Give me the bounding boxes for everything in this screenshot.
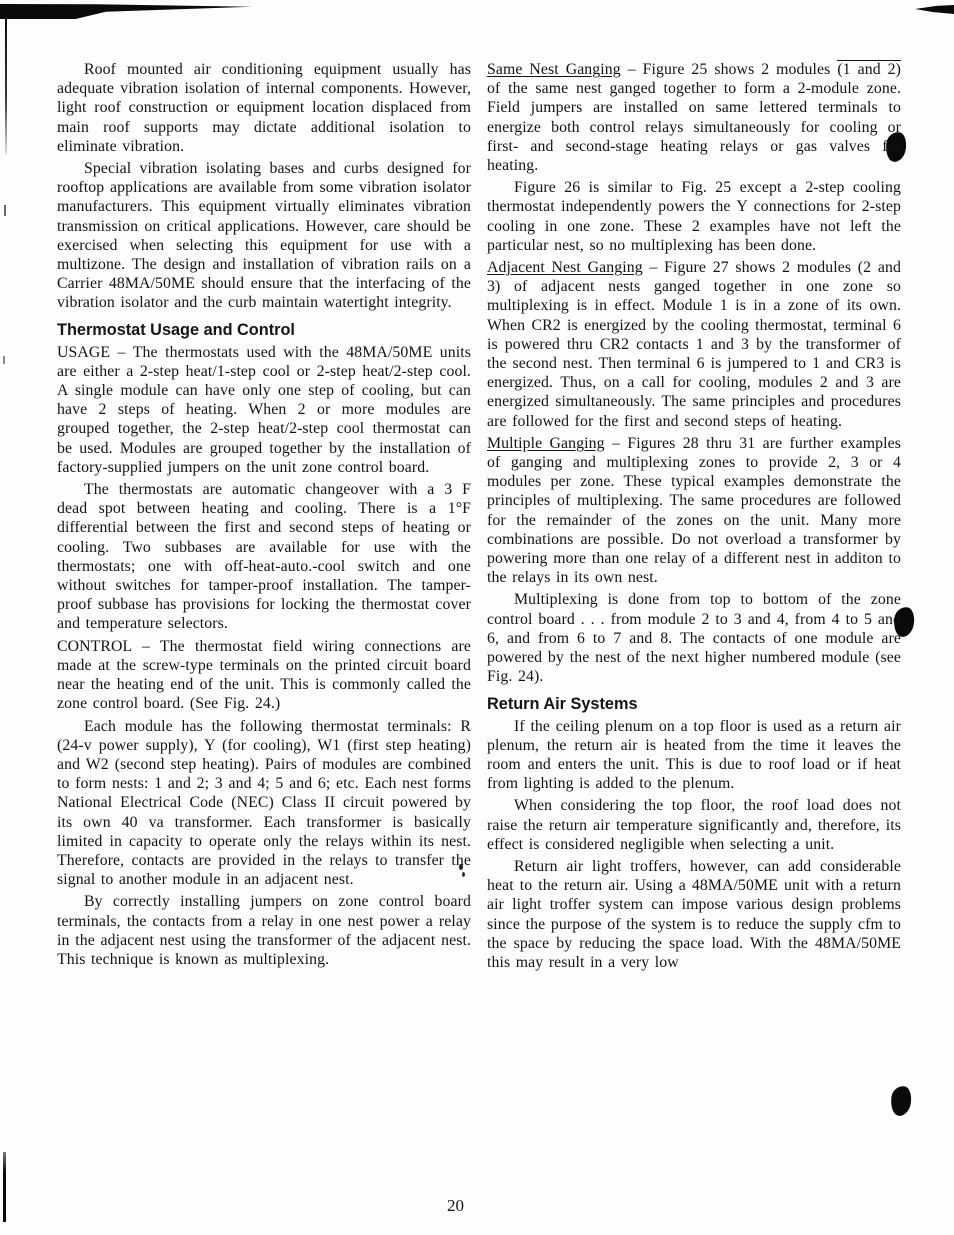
scanned-manual-page: Roof mounted air conditioning equipment … xyxy=(0,0,954,1235)
text-segment: Each module has the following thermostat… xyxy=(57,718,471,889)
text-segment: By correctly installing jumpers on zone … xyxy=(57,893,471,968)
paragraph: Roof mounted air conditioning equipment … xyxy=(57,60,471,156)
paragraph: Adjacent Nest Ganging – Figure 27 shows … xyxy=(487,258,901,431)
text-segment: USAGE – The thermostats used with the 48… xyxy=(57,344,471,476)
overlined-text: (1 and 2) xyxy=(837,60,901,78)
text-segment: When considering the top floor, the roof… xyxy=(487,797,901,852)
scan-artifact-top-left-wedge xyxy=(0,4,252,19)
left-column: Roof mounted air conditioning equipment … xyxy=(57,60,471,975)
paragraph: By correctly installing jumpers on zone … xyxy=(57,892,471,969)
section-heading: Return Air Systems xyxy=(487,694,901,714)
right-column: Same Nest Ganging – Figure 25 shows 2 mo… xyxy=(487,60,901,975)
text-segment: Roof mounted air conditioning equipment … xyxy=(57,61,471,155)
paragraph: CONTROL – The thermostat field wiring co… xyxy=(57,637,471,714)
text-segment: The thermostats are automatic changeover… xyxy=(57,481,471,632)
text-segment: – Figures 28 thru 31 are further example… xyxy=(487,435,901,586)
scan-artifact-top-right-wedge xyxy=(915,5,954,14)
scan-artifact-left-tick xyxy=(3,356,5,364)
paragraph: Multiple Ganging – Figures 28 thru 31 ar… xyxy=(487,434,901,588)
text-segment: Special vibration isolating bases and cu… xyxy=(57,160,471,311)
paragraph: Same Nest Ganging – Figure 25 shows 2 mo… xyxy=(487,60,901,175)
paragraph: Return air light troffers, however, can … xyxy=(487,857,901,972)
scan-artifact-left-tick xyxy=(4,205,6,216)
underlined-lead: Multiple Ganging xyxy=(487,435,605,452)
text-segment: If the ceiling plenum on a top floor is … xyxy=(487,718,901,793)
paragraph: Each module has the following thermostat… xyxy=(57,717,471,890)
paragraph: USAGE – The thermostats used with the 48… xyxy=(57,343,471,477)
paragraph: Multiplexing is done from top to bottom … xyxy=(487,590,901,686)
text-segment: Figure 26 is similar to Fig. 25 except a… xyxy=(487,179,901,254)
scan-artifact-bottom-left-line xyxy=(3,1152,6,1222)
underlined-lead: Adjacent Nest Ganging xyxy=(487,259,643,276)
text-segment: of the same nest ganged together to form… xyxy=(487,80,901,174)
paragraph: When considering the top floor, the roof… xyxy=(487,796,901,854)
ink-blob-artifact xyxy=(889,1085,913,1117)
page-number: 20 xyxy=(447,1196,507,1216)
page-body: Roof mounted air conditioning equipment … xyxy=(57,60,902,975)
paragraph: The thermostats are automatic changeover… xyxy=(57,480,471,634)
paragraph: Figure 26 is similar to Fig. 25 except a… xyxy=(487,178,901,255)
section-heading: Thermostat Usage and Control xyxy=(57,320,471,340)
text-segment: – Figure 25 shows 2 modules xyxy=(621,61,838,78)
paragraph: If the ceiling plenum on a top floor is … xyxy=(487,717,901,794)
scan-artifact-left-edge-line xyxy=(5,16,7,154)
text-segment: Return air light troffers, however, can … xyxy=(487,858,901,971)
underlined-lead: Same Nest Ganging xyxy=(487,61,621,78)
text-segment: – Figure 27 shows 2 modules (2 and 3) of… xyxy=(487,259,901,430)
text-segment: CONTROL – The thermostat field wiring co… xyxy=(57,638,471,713)
paragraph: Special vibration isolating bases and cu… xyxy=(57,159,471,313)
text-segment: Multiplexing is done from top to bottom … xyxy=(487,591,901,685)
